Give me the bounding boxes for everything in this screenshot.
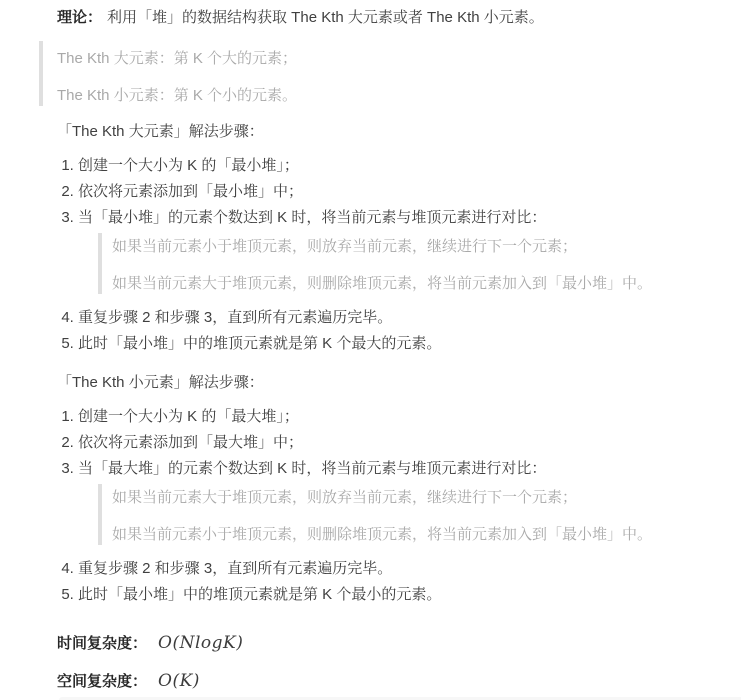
step-item: 重复步骤 2 和步骤 3，直到所有元素遍历完毕。 (78, 556, 735, 582)
space-complexity-row: 空间复杂度：O(K) (57, 670, 735, 693)
step-item: 当「最小堆」的元素个数达到 K 时，将当前元素与堆顶元素进行对比： 如果当前元素… (78, 205, 735, 294)
time-complexity-formula: O(NlogK) (158, 633, 243, 653)
step-item: 创建一个大小为 K 的「最大堆」； (78, 404, 735, 430)
compare-quote-line: 如果当前元素大于堆顶元素，则删除堆顶元素，将当前元素加入到「最小堆」中。 (112, 276, 735, 292)
section-heading-kth-min: 「The Kth 小元素」解法步骤： (57, 372, 735, 394)
step-item: 当「最大堆」的元素个数达到 K 时，将当前元素与堆顶元素进行对比： 如果当前元素… (78, 456, 735, 545)
compare-blockquote-kth-min: 如果当前元素大于堆顶元素，则放弃当前元素，继续进行下一个元素； 如果当前元素小于… (98, 484, 735, 545)
step-text: 重复步骤 2 和步骤 3，直到所有元素遍历完毕。 (78, 309, 392, 326)
time-complexity-label: 时间复杂度： (57, 635, 147, 652)
intro-quote-line: The Kth 大元素：第 K 个大的元素； (57, 51, 735, 67)
step-item: 此时「最小堆」中的堆顶元素就是第 K 个最小的元素。 (78, 582, 735, 608)
theory-text: 利用「堆」的数据结构获取 The Kth 大元素或者 The Kth 小元素。 (107, 9, 544, 26)
step-text: 此时「最小堆」中的堆顶元素就是第 K 个最小的元素。 (78, 586, 441, 603)
compare-quote-line: 如果当前元素小于堆顶元素，则删除堆顶元素，将当前元素加入到「最小堆」中。 (112, 527, 735, 543)
section-heading-kth-max: 「The Kth 大元素」解法步骤： (57, 121, 735, 143)
step-text: 此时「最小堆」中的堆顶元素就是第 K 个最大的元素。 (78, 335, 441, 352)
compare-quote-line: 如果当前元素小于堆顶元素，则放弃当前元素，继续进行下一个元素； (112, 239, 735, 255)
step-item: 创建一个大小为 K 的「最小堆」； (78, 153, 735, 179)
step-text: 当「最小堆」的元素个数达到 K 时，将当前元素与堆顶元素进行对比： (78, 209, 546, 226)
space-complexity-formula: O(K) (158, 671, 200, 691)
article-content: 理论：利用「堆」的数据结构获取 The Kth 大元素或者 The Kth 小元… (0, 0, 741, 693)
compare-blockquote-kth-max: 如果当前元素小于堆顶元素，则放弃当前元素，继续进行下一个元素； 如果当前元素大于… (98, 233, 735, 294)
steps-list-kth-min: 创建一个大小为 K 的「最大堆」； 依次将元素添加到「最大堆」中； 当「最大堆」… (57, 404, 735, 608)
step-text: 依次将元素添加到「最小堆」中； (78, 183, 303, 200)
step-text: 创建一个大小为 K 的「最大堆」； (78, 408, 299, 425)
step-text: 当「最大堆」的元素个数达到 K 时，将当前元素与堆顶元素进行对比： (78, 460, 546, 477)
step-item: 重复步骤 2 和步骤 3，直到所有元素遍历完毕。 (78, 305, 735, 331)
compare-quote-line: 如果当前元素大于堆顶元素，则放弃当前元素，继续进行下一个元素； (112, 490, 735, 506)
intro-blockquote: The Kth 大元素：第 K 个大的元素； The Kth 小元素：第 K 个… (39, 41, 735, 106)
theory-label: 理论： (57, 9, 102, 26)
theory-paragraph: 理论：利用「堆」的数据结构获取 The Kth 大元素或者 The Kth 小元… (57, 7, 735, 29)
step-text: 依次将元素添加到「最大堆」中； (78, 434, 303, 451)
step-text: 创建一个大小为 K 的「最小堆」； (78, 157, 299, 174)
time-complexity-row: 时间复杂度：O(NlogK) (57, 632, 735, 655)
step-text: 重复步骤 2 和步骤 3，直到所有元素遍历完毕。 (78, 560, 392, 577)
space-complexity-label: 空间复杂度： (57, 673, 147, 690)
step-item: 此时「最小堆」中的堆顶元素就是第 K 个最大的元素。 (78, 331, 735, 357)
intro-quote-line: The Kth 小元素：第 K 个小的元素。 (57, 88, 735, 104)
step-item: 依次将元素添加到「最大堆」中； (78, 430, 735, 456)
step-item: 依次将元素添加到「最小堆」中； (78, 179, 735, 205)
steps-list-kth-max: 创建一个大小为 K 的「最小堆」； 依次将元素添加到「最小堆」中； 当「最小堆」… (57, 153, 735, 357)
